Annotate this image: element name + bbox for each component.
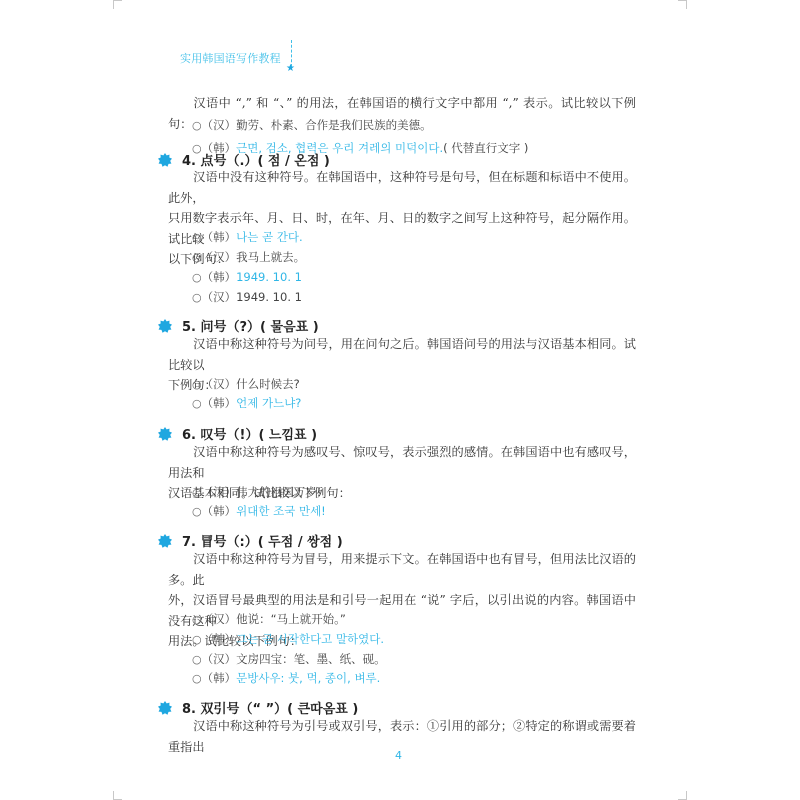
- para-line: 汉语中称这种符号为冒号，用来提示下文。在韩国语中也有冒号，但用法比汉语的多。此: [168, 552, 636, 587]
- example-note: ( 代替直行文字 ): [443, 141, 528, 155]
- example-text: 我马上就去。: [236, 250, 305, 264]
- section-title: 8. 双引号（“ ”）( 큰따옴표 ): [182, 702, 358, 717]
- lang-tag: （韩）: [202, 632, 237, 646]
- lang-tag: （韩）: [202, 396, 237, 410]
- example-text: 文房四宝：笔、墨、纸、砚。: [236, 652, 386, 666]
- example-line: ○（汉）我马上就去。: [192, 249, 305, 266]
- badge-icon: [158, 534, 172, 548]
- example-line: ○（汉）1949. 10. 1: [192, 289, 302, 306]
- lang-tag: （韩）: [202, 671, 237, 685]
- example-line: ○（韩）그는 곧 시작한다고 말하였다.: [192, 631, 384, 648]
- example-line: ○（汉）伟大的祖国万岁!: [192, 484, 321, 501]
- crop-mark-top-right-v: [686, 0, 687, 9]
- example-text: 1949. 10. 1: [236, 270, 302, 284]
- bullet: ○: [192, 672, 202, 685]
- badge-icon: [158, 153, 172, 167]
- lang-tag: （韩）: [202, 504, 237, 518]
- example-line: ○（韩）문방사우: 붓, 먹, 종이, 벼루.: [192, 670, 380, 687]
- bullet: ○: [192, 251, 202, 264]
- section-paragraph: 汉语中称这种符号为引号或双引号，表示：①引用的部分；②特定的称谓或需要着重指出: [168, 716, 636, 757]
- badge-icon: [158, 701, 172, 715]
- bullet: ○: [192, 613, 202, 626]
- para-line: 汉语中称这种符号为问号，用在问句之后。韩国语问号的用法与汉语基本相同。试比较以: [168, 337, 636, 372]
- para-line: 汉语中称这种符号为引号或双引号，表示：①引用的部分；②特定的称谓或需要着重指出: [168, 719, 636, 754]
- example-text: 그는 곧 시작한다고 말하였다.: [236, 632, 384, 646]
- example-line: ○（汉）勤劳、朴素、合作是我们民族的美德。: [192, 117, 432, 134]
- bullet: ○: [192, 653, 202, 666]
- example-text: 문방사우: 붓, 먹, 종이, 벼루.: [236, 671, 380, 685]
- bullet: ○: [192, 505, 202, 518]
- example-text: 나는 곧 간다.: [236, 230, 303, 244]
- example-line: ○（汉）文房四宝：笔、墨、纸、砚。: [192, 651, 386, 668]
- lang-tag: （汉）: [202, 377, 237, 391]
- example-text: 伟大的祖国万岁!: [236, 485, 321, 499]
- lang-tag: （汉）: [202, 612, 237, 626]
- running-head: 实用韩国语写作教程: [180, 50, 281, 66]
- example-line: ○（韩）위대한 조국 만세!: [192, 503, 326, 520]
- badge-icon: [158, 427, 172, 441]
- bullet: ○: [192, 271, 202, 284]
- example-text: 언제 가느냐?: [236, 396, 301, 410]
- bullet: ○: [192, 397, 202, 410]
- crop-mark-top-right-h: [678, 0, 687, 1]
- lang-tag: （汉）: [202, 485, 237, 499]
- section-title: 6. 叹号（!）( 느낌표 ): [182, 428, 317, 443]
- lang-tag: （韩）: [202, 270, 237, 284]
- lang-tag: （韩）: [202, 230, 237, 244]
- section-heading: 8. 双引号（“ ”）( 큰따옴표 ): [158, 698, 358, 717]
- bullet: ○: [192, 378, 202, 391]
- example-text: 勤劳、朴素、合作是我们民族的美德。: [236, 118, 432, 132]
- section-heading: 7. 冒号（:）( 두점 / 쌍점 ): [158, 531, 343, 550]
- bullet: ○: [192, 633, 202, 646]
- lang-tag: （汉）: [202, 250, 237, 264]
- lang-tag: （汉）: [202, 652, 237, 666]
- example-text: 他说：“马上就开始。”: [236, 612, 346, 626]
- badge-icon: [158, 319, 172, 333]
- example-line: ○（韩）나는 곧 간다.: [192, 229, 303, 246]
- example-line: ○（韩）1949. 10. 1: [192, 269, 302, 286]
- para-line: 汉语中称这种符号为感叹号、惊叹号，表示强烈的感情。在韩国语中也有感叹号，用法和: [168, 445, 636, 480]
- crop-mark-top-left-v: [113, 0, 114, 9]
- bullet: ○: [192, 231, 202, 244]
- example-text: 1949. 10. 1: [236, 290, 302, 304]
- page-number: 4: [395, 749, 402, 762]
- example-text: 什么时候去?: [236, 377, 300, 391]
- section-heading: 6. 叹号（!）( 느낌표 ): [158, 424, 317, 443]
- lang-tag: （汉）: [202, 118, 237, 132]
- bullet: ○: [192, 291, 202, 304]
- section-title: 5. 问号（?）( 물음표 ): [182, 320, 319, 335]
- star-icon: ★: [286, 64, 295, 74]
- para-line: 汉语中没有这种符号。在韩国语中，这种符号是句号，但在标题和标语中不使用。此外，: [168, 170, 636, 205]
- lang-tag: （汉）: [202, 290, 237, 304]
- crop-mark-top-left-h: [113, 0, 122, 1]
- bullet: ○: [192, 119, 202, 132]
- section-heading: 5. 问号（?）( 물음표 ): [158, 316, 319, 335]
- bullet: ○: [192, 486, 202, 499]
- example-line: ○（汉）什么时候去?: [192, 376, 300, 393]
- example-text: 위대한 조국 만세!: [236, 504, 326, 518]
- example-line: ○（韩）언제 가느냐?: [192, 395, 301, 412]
- example-line: ○（汉）他说：“马上就开始。”: [192, 611, 346, 628]
- section-title: 7. 冒号（:）( 두점 / 쌍점 ): [182, 535, 343, 550]
